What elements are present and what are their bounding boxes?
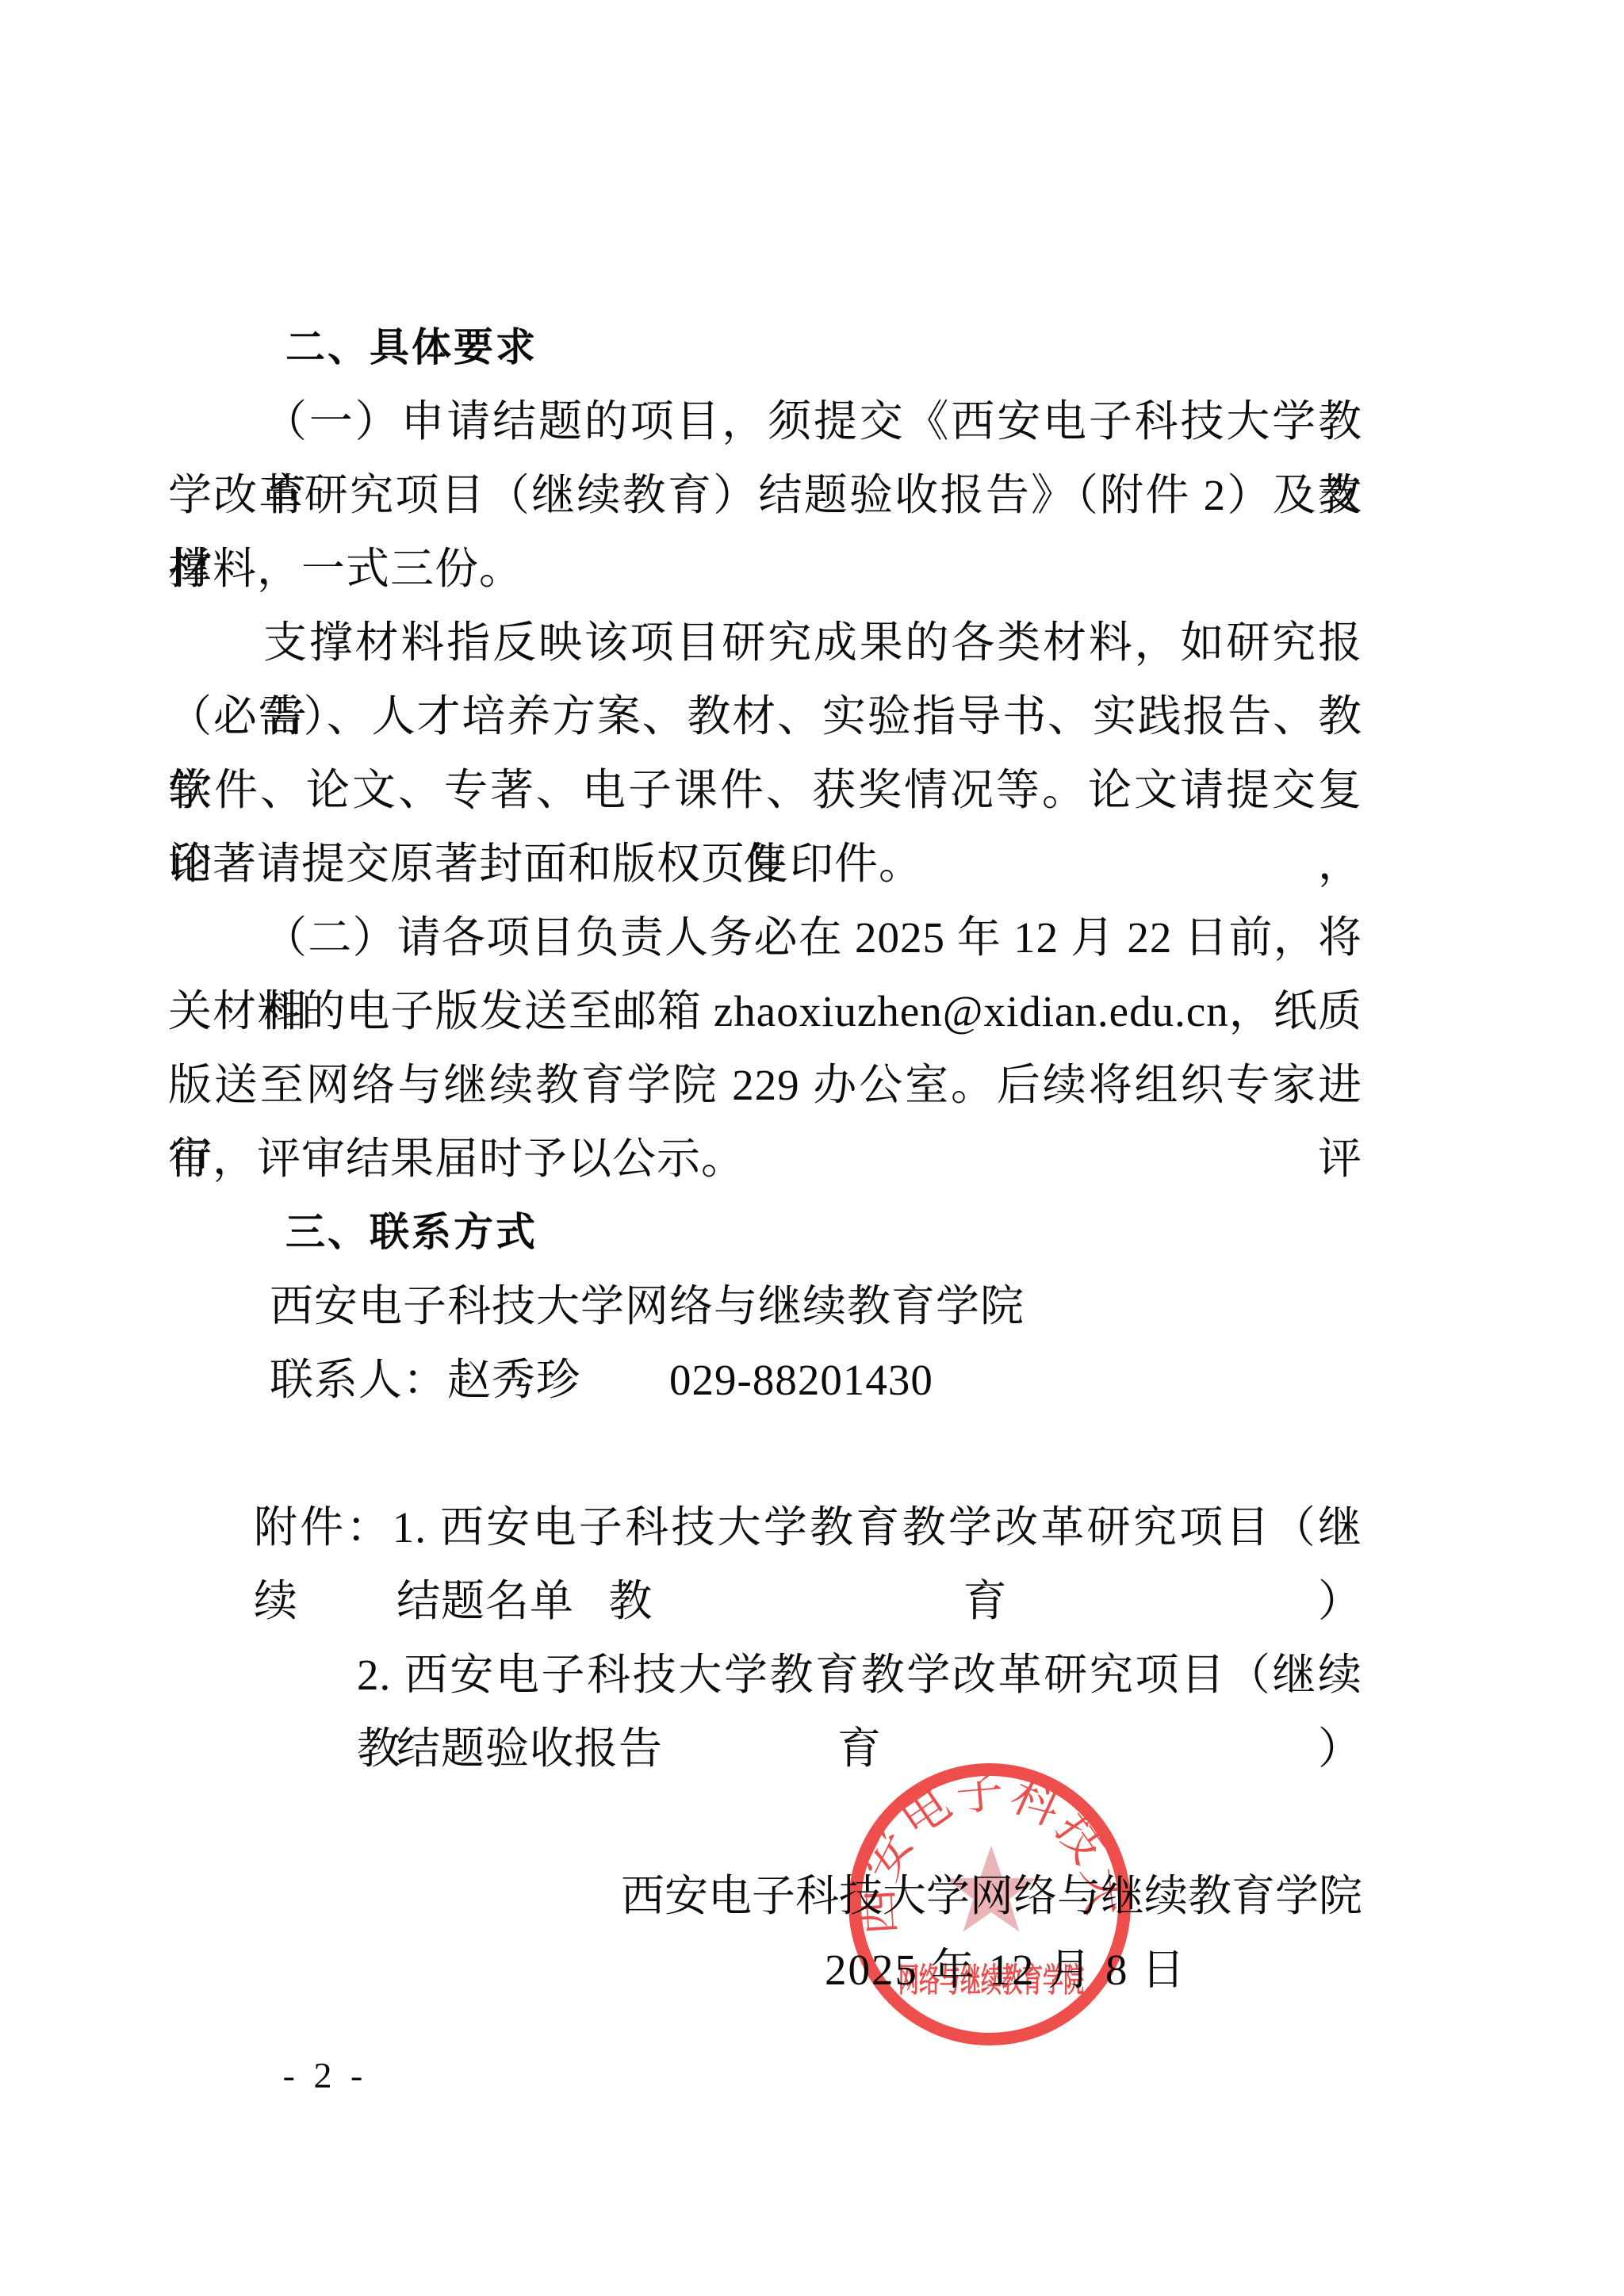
text-line: 材料，一式三份。 (168, 532, 1362, 606)
text-line: （一）申请结题的项目，须提交《西安电子科技大学教育教 (168, 385, 1362, 458)
section-heading: 三、联系方式 (168, 1196, 1362, 1269)
text-line: 版送至网络与继续教育学院 229 办公室。后续将组织专家进行评 (168, 1048, 1362, 1122)
text-line: 2. 西安电子科技大学教育教学改革研究项目（继续教育） (168, 1638, 1362, 1712)
official-seal: 西安电子科技大学 网络与继续教育学院 (831, 1746, 1148, 2063)
text-line: 联系人：赵秀珍 029-88201430 (168, 1343, 1362, 1417)
seal-bottom-text: 网络与继续教育学院 (898, 1961, 1084, 1999)
text-line: （必需）、人才培养方案、教材、实验指导书、实践报告、教学 (168, 679, 1362, 753)
signature-org: 西安电子科技大学网络与继续教育学院 (168, 1859, 1362, 1933)
document-page: 二、具体要求（一）申请结题的项目，须提交《西安电子科技大学教育教学改革研究项目（… (0, 0, 1624, 2296)
text-line: （二）请各项目负责人务必在 2025 年 12 月 22 日前，将相 (168, 901, 1362, 974)
seal-graphic: 西安电子科技大学 网络与继续教育学院 (831, 1746, 1148, 2063)
text-line: 学改革研究项目（继续教育）结题验收报告》（附件 2）及支撑 (168, 458, 1362, 532)
section-heading: 二、具体要求 (168, 311, 1362, 385)
blank-line (168, 1417, 1362, 1490)
seal-star-icon (946, 1846, 1036, 1932)
text-line: 附件：1. 西安电子科技大学教育教学改革研究项目（继续教育） (168, 1490, 1362, 1564)
text-line: 西安电子科技大学网络与继续教育学院 (168, 1269, 1362, 1343)
text-line: 关材料的电子版发送至邮箱 zhaoxiuzhen@xidian.edu.cn，纸… (168, 974, 1362, 1048)
page-number: - 2 - (270, 2052, 381, 2099)
document-body: 二、具体要求（一）申请结题的项目，须提交《西安电子科技大学教育教学改革研究项目（… (168, 311, 1362, 1785)
text-line: 软件、论文、专著、电子课件、获奖情况等。论文请提交复印件， (168, 753, 1362, 827)
text-line: 支撑材料指反映该项目研究成果的各类材料，如研究报告 (168, 606, 1362, 679)
